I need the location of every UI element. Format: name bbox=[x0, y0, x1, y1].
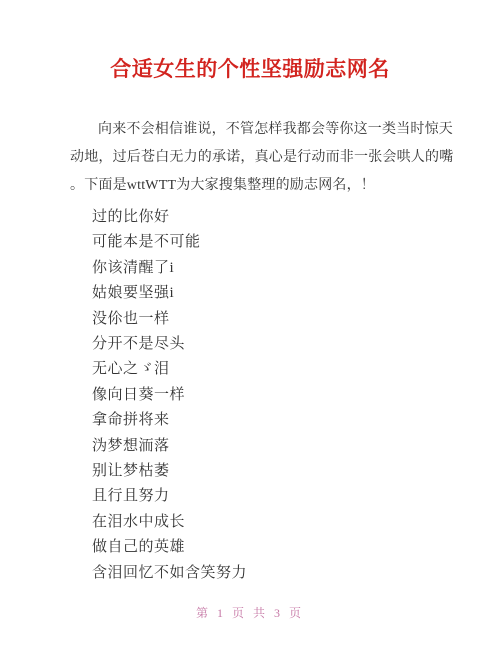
nickname-item: 在泪水中成长 bbox=[92, 510, 452, 535]
nickname-item: 做自己的英雄 bbox=[92, 535, 452, 560]
nickname-item: 含泪回忆不如含笑努力 bbox=[92, 561, 452, 586]
document-page: 合适女生的个性坚强励志网名 向来不会相信谁说，不管怎样我都会等你这一类当时惊天动… bbox=[0, 0, 500, 647]
nickname-item: 拿命拼将来 bbox=[92, 408, 452, 433]
paragraph-line: 动地，过后苍白无力的承诺，真心是行动而非一张会哄人的嘴 bbox=[70, 144, 452, 172]
page-title: 合适女生的个性坚强励志网名 bbox=[0, 0, 500, 83]
page-number: 第 1 页 共 3 页 bbox=[196, 606, 304, 620]
nickname-item: 可能本是不可能 bbox=[92, 230, 452, 255]
paragraph-line: 向来不会相信谁说，不管怎样我都会等你这一类当时惊天 bbox=[70, 116, 452, 144]
nickname-item: 且行且努力 bbox=[92, 484, 452, 509]
paragraph-line: 。下面是wttWTT为大家搜集整理的励志网名，！ bbox=[70, 172, 452, 200]
nickname-item: 没伱也一样 bbox=[92, 307, 452, 332]
nickname-item: 无心之ゞ泪 bbox=[92, 357, 452, 382]
nickname-item: 你该清醒了i bbox=[92, 256, 452, 281]
nickname-item: 分开不是尽头 bbox=[92, 332, 452, 357]
nickname-item: 沩梦想洏落 bbox=[92, 434, 452, 459]
page-footer: 第 1 页 共 3 页 bbox=[0, 605, 500, 621]
nickname-item: 像向日葵一样 bbox=[92, 383, 452, 408]
nickname-item: 过的比你好 bbox=[92, 205, 452, 230]
nickname-list: 过的比你好可能本是不可能你该清醒了i姑娘要坚强i没伱也一样分开不是尽头无心之ゞ泪… bbox=[92, 205, 452, 586]
nickname-item: 姑娘要坚强i bbox=[92, 281, 452, 306]
nickname-item: 别让梦枯萎 bbox=[92, 459, 452, 484]
intro-paragraph: 向来不会相信谁说，不管怎样我都会等你这一类当时惊天动地，过后苍白无力的承诺，真心… bbox=[70, 116, 452, 200]
